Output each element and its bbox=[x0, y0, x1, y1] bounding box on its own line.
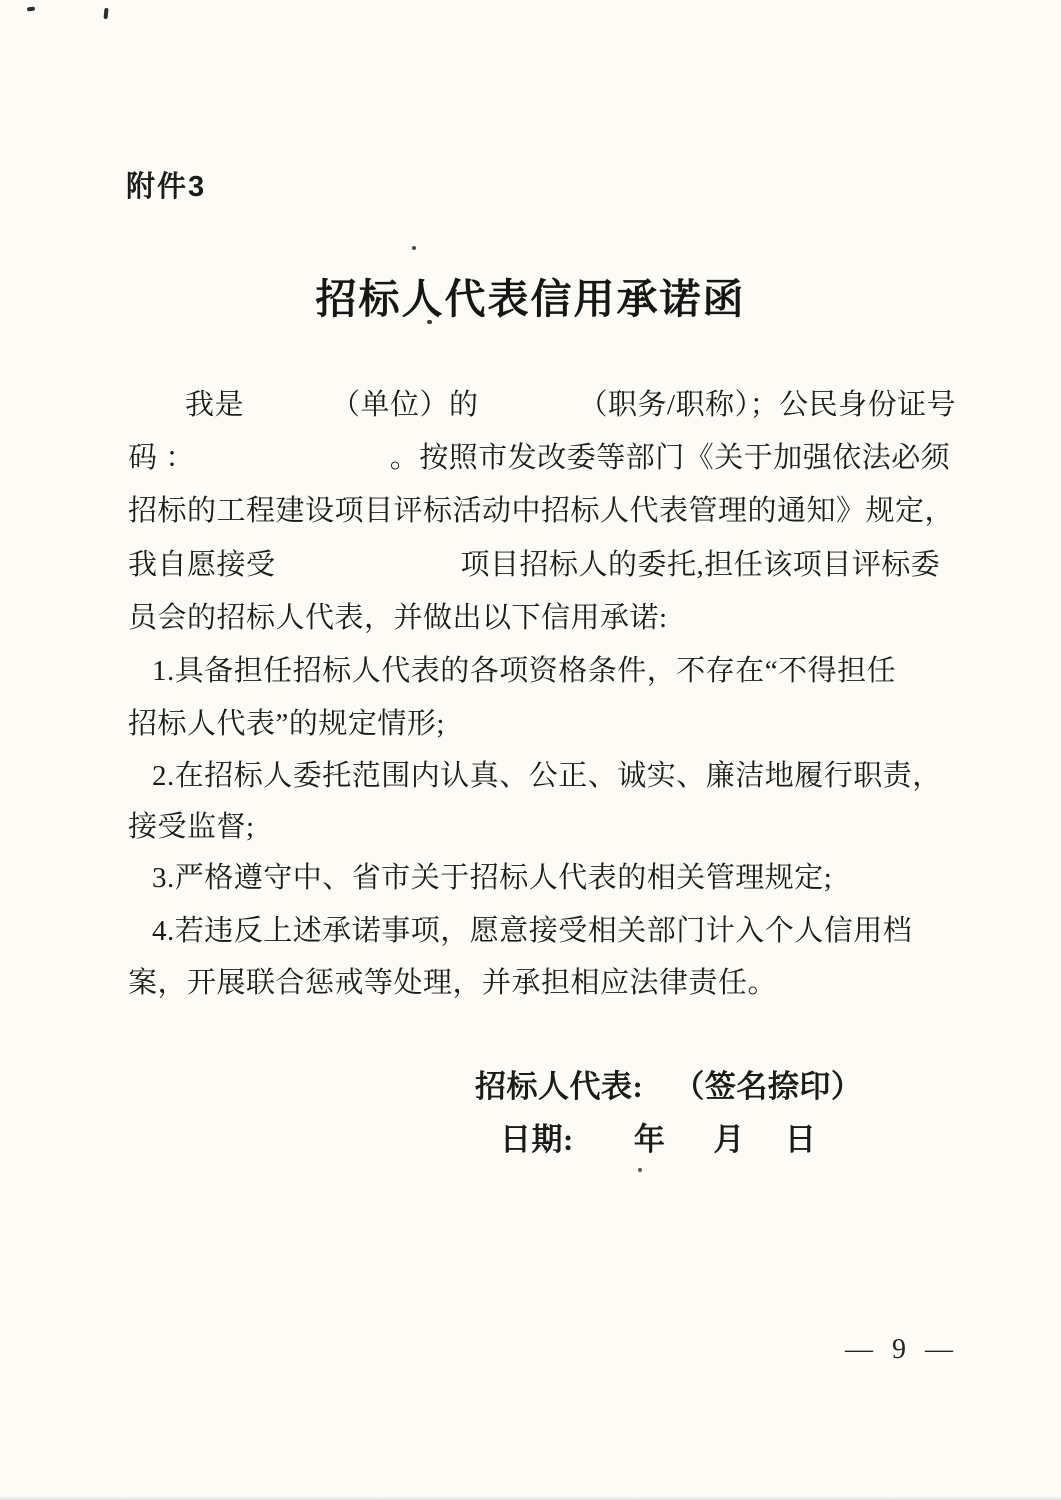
blank-field-month bbox=[665, 1149, 713, 1150]
commitment-2-line-2: 接受监督; bbox=[128, 806, 255, 848]
scan-edge-artifact bbox=[0, 1496, 1061, 1500]
blank-field-unit bbox=[244, 413, 331, 414]
signature-line: 招标人代表:（签名捺印） bbox=[475, 1066, 862, 1108]
intro-unit-label: （单位）的 bbox=[331, 389, 479, 421]
signature-rep-label: 招标人代表: bbox=[475, 1069, 643, 1104]
commitment-4-line-1: 4.若违反上述承诺事项，愿意接受相关部门计入个人信用档 bbox=[152, 910, 912, 952]
intro-regulation-text: 。按照市发改委等部门《关于加强依法必须 bbox=[390, 442, 951, 474]
intro-accept-label: 我自愿接受 bbox=[128, 549, 276, 581]
commitment-1-line-1: 1.具备担任招标人代表的各项资格条件，不存在“不得担任 bbox=[152, 650, 896, 692]
date-month-label: 月 bbox=[713, 1122, 745, 1157]
blank-field-project bbox=[276, 573, 461, 574]
date-year-label: 年 bbox=[634, 1122, 666, 1157]
commitment-1-line-2: 招标人代表”的规定情形; bbox=[128, 703, 445, 745]
blank-field-id-number bbox=[195, 466, 390, 467]
intro-i-am: 我是 bbox=[185, 389, 244, 421]
scan-speck bbox=[103, 8, 108, 19]
scan-speck bbox=[638, 1168, 642, 1172]
date-label: 日期: bbox=[500, 1122, 574, 1157]
date-line: 日期:年月日 bbox=[500, 1119, 816, 1161]
blank-field-role bbox=[479, 413, 579, 414]
document-page: 附件3 招标人代表信用承诺函 我是（单位）的（职务/职称）；公民身份证号 码 ：… bbox=[0, 0, 1061, 1500]
commitment-2-line-1: 2.在招标人委托范围内认真、公正、诚实、廉洁地履行职责， bbox=[152, 755, 942, 797]
blank-field-day bbox=[745, 1149, 785, 1150]
intro-id-code-label: 码 ： bbox=[128, 442, 195, 474]
intro-line-2: 码 ：。按照市发改委等部门《关于加强依法必须 bbox=[128, 437, 950, 479]
document-title: 招标人代表信用承诺函 bbox=[0, 266, 1061, 325]
commitment-4-line-2: 案，开展联合惩戒等处理，并承担相应法律责任。 bbox=[128, 962, 777, 1004]
signature-note: （签名捺印） bbox=[673, 1069, 862, 1104]
scan-speck bbox=[412, 246, 416, 250]
commitment-3: 3.严格遵守中、省市关于招标人代表的相关管理规定; bbox=[152, 857, 832, 899]
intro-line-1: 我是（单位）的（职务/职称）；公民身份证号 bbox=[185, 384, 956, 426]
intro-line-5: 员会的招标人代表，并做出以下信用承诺: bbox=[128, 597, 668, 639]
date-day-label: 日 bbox=[785, 1122, 817, 1157]
intro-entrust-text: 项目招标人的委托,担任该项目评标委 bbox=[461, 549, 941, 581]
scan-speck bbox=[27, 6, 35, 11]
intro-line-4: 我自愿接受项目招标人的委托,担任该项目评标委 bbox=[128, 544, 940, 586]
intro-role-label: （职务/职称）；公民身份证号 bbox=[579, 389, 957, 421]
intro-line-3: 招标的工程建设项目评标活动中招标人代表管理的通知》规定， bbox=[128, 490, 954, 532]
page-number: — 9 — bbox=[845, 1334, 954, 1366]
blank-field-signature bbox=[643, 1096, 673, 1097]
blank-field-year bbox=[574, 1149, 634, 1150]
attachment-label: 附件3 bbox=[126, 164, 206, 205]
